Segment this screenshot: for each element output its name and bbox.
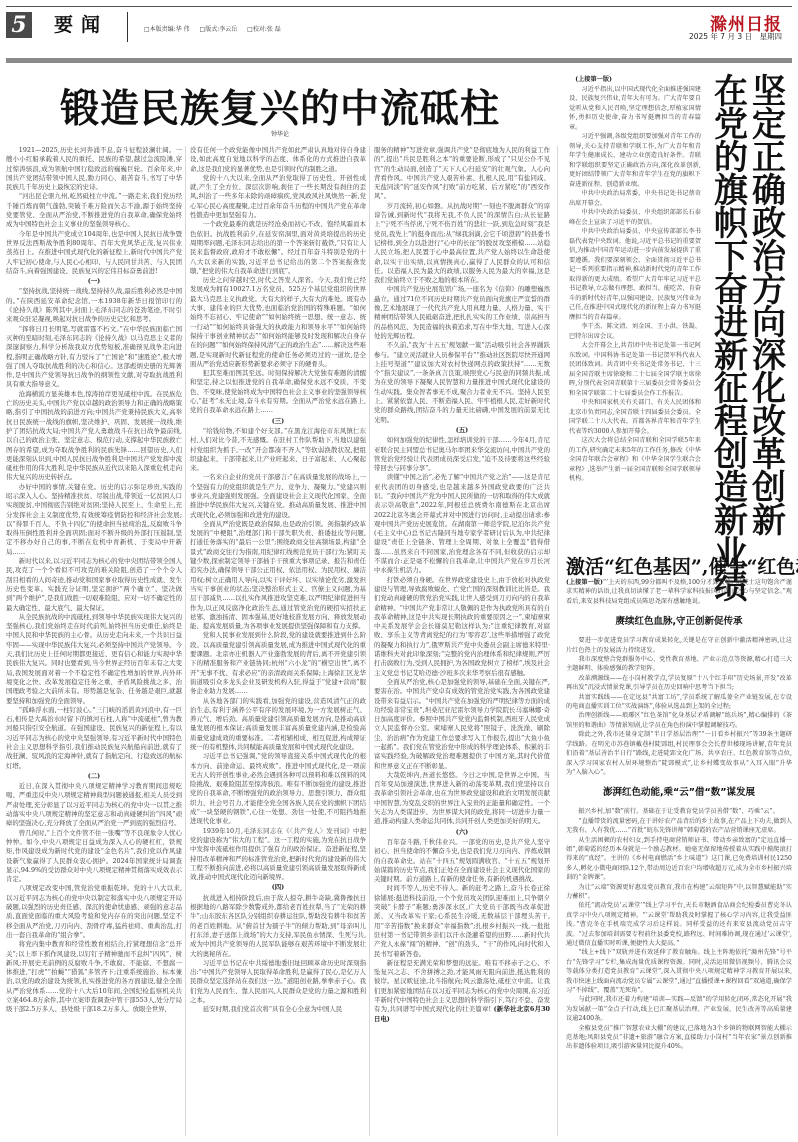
article-paragraph: 延安时期,我们党首次将“具有全心全意为中国人民 (190, 1005, 366, 1014)
red-article-paragraph: 治理创新线——琅琊区“红色茶馆”化身基层矛盾调解“练兵场”,精心编排的《茶馆里的… (566, 711, 792, 730)
article-paragraph: 一个政党最难的就是历经沧桑而初心不改、饱经风霜而本色依旧。抗战胜利前夕,在延安窑… (190, 220, 366, 276)
red-article-paragraph: 要进一步促进党员学习教育成果转化,关键是在守正创新中激活精神密码,让这片红色热土… (566, 636, 792, 655)
article-paragraph: “给钱给物,不如建个好支部。”在黑龙江海伦市东风镇仁东村,人们对比今昔,不无感慨… (190, 427, 366, 473)
red-article-paragraph: 从生活困顿的农村妇女,到手持电商营销师证书、带动乡亲致富的“定远直播一姐”,韩菊… (566, 836, 792, 883)
side-article-paragraph: 中共中央政治局委员、中央宣传部部长李书磊代表党中央致词。他说,习近平总书记的重要… (569, 227, 701, 322)
column-divider (369, 146, 370, 1136)
side-article-paragraph: 这次大会将总结全国青联和全国学联5年来的工作,研究确定未来5年的工作任务,修改《… (569, 436, 701, 484)
issue-date: 2025 年 7 月 3 日 星期四 (689, 31, 782, 42)
article-paragraph: 服务的精神”写进党章,强调共产党“是彻底地为人民的利益工作的”,提出“兵民是胜利… (374, 146, 550, 202)
section-number: (六) (374, 828, 550, 837)
article-paragraph: 曾几何时,“上百个文件管不住一张嘴”等不良现象令人忧心忡忡。如今,中央八项规定日… (6, 829, 182, 885)
credit-proofreader: □校对:张 磊 (247, 26, 281, 33)
red-article-headline: 激活“红色基因”,催生“红色动能” (566, 552, 792, 579)
article-paragraph: 党的十八大以来,全面从严治党取得了历史性、开创性成就,产生了全方位、深层次影响,… (190, 174, 366, 220)
article-paragraph: 1939年10月,毛泽东同志在《〈共产党人〉发刊词》中把党的建设称为“伟大的工程… (190, 827, 366, 883)
article-paragraph: 抗战进入相持阶段后,由于敌人掠夺,耕牛奇缺,冀鲁豫抗日根据地的八路军除少数警戒外… (190, 894, 366, 959)
section-name: 要闻 (54, 12, 108, 38)
credit-editor: □本版责编:华 伟 (144, 26, 190, 33)
side-headline-title: 坚定正确政治方向深化改革创新 (748, 76, 790, 538)
masthead-divider (127, 12, 128, 42)
editor-credits: □本版责编:华 伟 □版式:李云岳 □校对:张 磊 (144, 24, 289, 33)
main-article-column-1: 1921—2025,历史长河奔涌不息,奋斗征程波澜壮阔。一艘小小红船承载着人民的… (6, 146, 182, 1136)
column-divider (185, 146, 186, 1136)
side-headline-subtitle: 在党的旗帜下奋进新征程创造新业绩 (710, 76, 752, 604)
article-paragraph: “坚持抗战,坚持统一战线,坚持持久战,最后胜利必然是中国的。”在陕西延安革命纪念… (6, 287, 182, 324)
article-paragraph: 犯其至难而图其至远。时刻保持解决大党独有难题的清醒和坚定,持之以恒推进党的自我革… (190, 369, 366, 415)
masthead: 5 要闻 □本版责编:华 伟 □版式:李云岳 □校对:张 磊 滁州日报 2025… (6, 12, 792, 38)
article-paragraph: 将党内集中教育和经常性教育相结合,拧紧理想信念“总开关”;以上率下抓作风建设,以… (6, 940, 182, 1014)
page-number: 5 (6, 12, 32, 38)
red-article-intro: (上接第一版)“‘上天的东西,99分都叫不及格,100分才算及格。’陆院士这句饱… (566, 578, 792, 606)
side-article-body: (上接第一版) 习近平指出,以中国式现代化全面推进强国建设、民族复兴伟业,青年大… (569, 75, 701, 540)
main-byline: 钟华论 (0, 129, 560, 138)
red-article-body: (上接第一版)“‘上天的东西,99分都叫不及格,100分才算及格。’陆院士这句饱… (566, 578, 792, 1052)
side-article-paragraph: 中共中央政治局常委、中央书记处书记蔡奇出席开幕会。 (569, 189, 701, 208)
article-paragraph: 习近平总书记在中共绥德地委旧址回顾革命历史时深刻指出:“中国共产党领导人民取得革… (190, 959, 366, 1005)
article-paragraph: “挥将日月长明笔,写就雷霆不朽文。”在中华民族面临亡国灭种的至暗时刻,毛泽东同志… (6, 325, 182, 390)
article-paragraph: 办好中国的事情,关键在党。历史的启示弥足珍贵,实践的昭示深入人心。坚持精准扶贫、… (6, 483, 182, 557)
article-paragraph: 没有任何一个政党能像中国共产党如此严肃认真地对待自身建设,如此高度自觉地以科学的… (190, 146, 366, 174)
article-paragraph: 从各地各部门的实践看,加强党的建设,营造风清气正的政治生态,有利于涵养公平有序的… (190, 697, 366, 753)
red-article-paragraph: 为让“云端”资源更好惠及党员教育,我市在构建“云端矩阵”中,以智慧赋能助“实力蓄… (566, 883, 792, 902)
section-number: (二) (6, 772, 182, 781)
article-paragraph: 近日,在深入贯彻中央八项规定精神学习教育期间违规吃喝、严重违反中央八项规定精神典… (6, 782, 182, 828)
article-paragraph: 历史之问穿越时空,时代之答发人深省。今天,我们党已经发展成为拥有10027.1万… (190, 276, 366, 369)
red-article-paragraph: 共富实践线——在定远县“共富工坊”,学员系统了解瓜蒌全产业链发展,在专设的电商直… (566, 693, 792, 712)
article-paragraph: 从全民族抗战的中流砥柱,到领导中华民族实现伟大复兴的坚强核心,我们党始终走在时代… (6, 613, 182, 706)
article-paragraph: “河出昆仑驱九州,屹然砥柱立中流。”一路走来,我们党历经千锤百炼而朝气蓬勃,突破… (6, 192, 182, 229)
section-number: (四) (190, 883, 366, 892)
main-article-column-3: 服务的精神”写进党章,强调共产党“是彻底地为人民的利益工作的”,提出“兵民是胜利… (374, 146, 550, 1136)
red-article-paragraph: 除此之外,我市还量身定制“半日学基层治理”“一日看乡村振兴”等39条主题研学线路… (566, 730, 792, 777)
article-paragraph: 全面从严治党,核心是加强党的领导,基础在全面,关键在严,要害在治。中国共产党卓有… (374, 678, 550, 771)
red-article-subhead-2: 澎湃红色动能,乘“云”借“数”谋发展 (566, 787, 792, 799)
red-article-paragraph: 我市深度整合党群服务中心、党性教育基地、产业示范点等资源,精心打造三大主题鲜明、… (566, 655, 792, 674)
red-article-paragraph: “直播带货的流量密码,在于讲好农产品背后的乡土故事,在产品上下功夫,做到人无我有… (566, 817, 792, 836)
article-paragraph: 全面从严治党既是政治保障,也是政治引领。剑指制约改革发展的“中梗阻”,治理部门和… (190, 520, 366, 632)
article-paragraph: 一名来自企业的党员干部感言:“在高质量发展的战场上,一个坚强有力的党组织就是生产… (190, 473, 366, 519)
article-paragraph: 八项规定改变中国,管党治党重振乾坤。党的十八大以来,以习近平同志为核心的党中央以… (6, 884, 182, 940)
red-article-paragraph: 振兴乡村,加“数”前行。基础在于让受教育党员学员善借“数”、巧乘“云”。 (566, 807, 792, 816)
side-article-paragraph: 中共中央政治局委员、中央组织部部长石泰峰在会上宣读了习近平的贺信。 (569, 208, 701, 227)
article-paragraph: 1921—2025,历史长河奔涌不息,奋斗征程波澜壮阔。一艘小小红船承载着人民的… (6, 146, 182, 192)
article-paragraph: 岁月流转,初心如磐。从抗战时期“一刻也不脱离群众”的谆谆告诫,到新时代“我将无我… (374, 202, 550, 286)
main-headline: 锻造民族复兴的中流砥柱 (0, 78, 560, 134)
article-paragraph: 百年奋斗路,千秋伟业兴。一部党的历史,是共产党人坚守初心、担当使命的不懈奋斗史,… (374, 838, 550, 884)
red-article-section-1: 要进一步促进党员学习教育成果转化,关键是在守正创新中激活精神密码,让这片红色热土… (566, 636, 792, 777)
article-paragraph: 党和人民事业发展到什么阶段,党的建设就要推进到什么阶段。以高质量党建引领高质量发… (190, 631, 366, 696)
article-paragraph: 习近平总书记强调,“党的领导直接关系中国式现代化的根本方向、前途命运、最终成败”… (190, 752, 366, 826)
side-article-paragraph: 大会开幕会上,共青团中央书记处第一书记阿东致词。中国科协书记处第一书记贺军科代表… (569, 341, 701, 398)
header-band (6, 58, 792, 63)
article-paragraph: “孤峰浮水面,一柱钉波心。”三门峡的滔滔黄河浪中,有一巨石,相传是大禹治水时留下… (6, 706, 182, 771)
red-article-paragraph: 全椒县党员“推广智慧农业大棚”的建议,已落地为3个乡镇的物联网智能大棚示范基地;… (566, 1024, 792, 1052)
credit-layout: □版式:李云岳 (200, 26, 238, 33)
side-article-paragraph: 习近平指出,以中国式现代化全面推进强国建设、民族复兴伟业,青年大有可为。广大青年… (569, 85, 701, 133)
article-paragraph: 大哉乾坤内,吾道长悠悠。今日之中国,是世界之中国。当百年变局加速演进,世界进入新… (374, 771, 550, 827)
top-rule (6, 6, 792, 7)
side-article-paragraph: 习近平强调,各级党组织要加强对青年工作的领导,关心支持青联和学联工作,为广大青年… (569, 132, 701, 189)
dateline: (新华社北京6月30日电) (374, 1005, 550, 1022)
red-article-paragraph: 依托“流动党员‘云课堂’”线上学习平台,天长市糖酒食品商会纪检委员曹克冬认真学习… (566, 901, 792, 948)
main-article-column-2: 没有任何一个政党能像中国共产党如此严肃认真地对待自身建设,如此高度自觉地以科学的… (190, 146, 366, 1136)
side-article-paragraph: 李干杰、陈文清、刘金国、王小洪、铁凝、巴特尔出席会议。 (569, 322, 701, 341)
red-article-paragraph: 改革溯源线——在小岗村教学点,学员复原“十八个红手印”历史场景,开发“改革再出发… (566, 674, 792, 693)
side-article-paragraph: 中央和国家机关有关部门、有关人民团体和北京市负责同志,全国青联十四届委员会委员、… (569, 398, 701, 436)
red-article-paragraph: 与此同时,我市还着力构建“培训—实践—反馈”的学用转化闭环,常态化开展“我为发展… (566, 995, 792, 1023)
column-divider (557, 146, 558, 1136)
article-paragraph: 时间不等人,历史不待人。新的赶考之路上,奋斗长卷正徐徐铺展:挺进科技前沿,一个个… (374, 884, 550, 958)
red-article-section-2: 振兴乡村,加“数”前行。基础在于让受教育党员学员善借“数”、巧乘“云”。“直播带… (566, 807, 792, 1052)
article-paragraph: 如何加强党的纪律性,怎样培训党的干部……今年4月,肯尼亚联合民主同盟总书记奥马尔… (374, 436, 550, 473)
article-paragraph: 沧海横流方显英雄本色,惊涛拍岸更见砥柱中流。在民族危亡的历史关头,中国共产党以卓… (6, 390, 182, 483)
article-paragraph: 新征程是充满光荣和梦想的远征。唯有不移赤子之心、不坠复兴之志、不舍拼搏之劲,才能… (374, 959, 550, 1024)
red-article-paragraph: “线上+线下”双轨并进有效延伸了教育触角。线上主阵地依托“滁州先锋”号平台“先锋… (566, 948, 792, 995)
article-paragraph: 读懂“中国之治”,必先了解“中国共产党之治”——这是肯尼亚代表团的切身感受,也是… (374, 473, 550, 575)
section-number: (五) (374, 426, 550, 435)
article-paragraph: 新时代以来,以习近平同志为核心的党中央团结带领全国人民,攻克了一个个看似不可攻克… (6, 557, 182, 613)
article-paragraph: 打铁必须自身硬。在世界政党建设史上,由于放松对执政党建设与管理,导致腐败蜕化、亡… (374, 576, 550, 678)
section-number: (一) (6, 277, 182, 286)
section-number: (三) (190, 417, 366, 426)
article-paragraph: 今年是中国共产党成立104周年,也是中国人民抗日战争暨世界反法西斯战争胜利80周… (6, 230, 182, 276)
side-article-lead: (上接第一版) (569, 75, 701, 85)
article-paragraph: 不久前,“我为‘十五五’规划献一策”活动吸引社会各界踊跃参与。“建立灵活就业人员… (374, 341, 550, 425)
article-paragraph: 中国共产党历史展览馆广场,一座名为《信仰》的雕塑巍然矗立。通过71位不同历史时期… (374, 285, 550, 341)
side-article-paragraphs: 习近平指出,以中国式现代化全面推进强国建设、民族复兴伟业,青年大有可为。广大青年… (569, 85, 701, 484)
red-article-subhead-1: 赓续红色血脉,守正创新促传承 (566, 616, 792, 628)
headline-char: 新 (748, 505, 790, 538)
